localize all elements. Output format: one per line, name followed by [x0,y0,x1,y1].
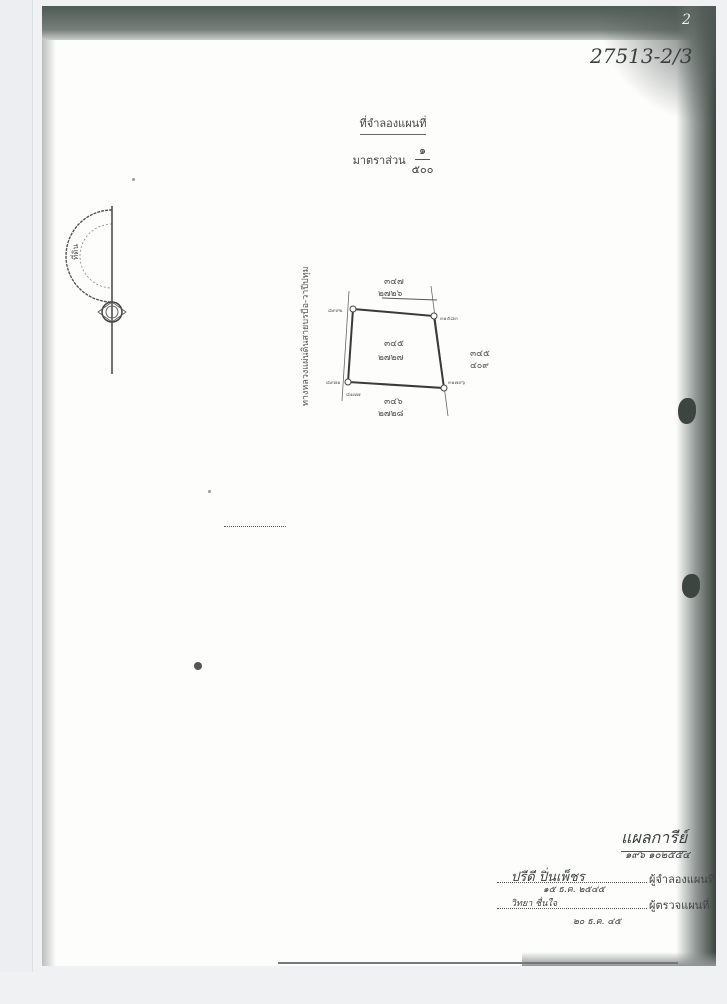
svg-text:ที่ดิน: ที่ดิน [69,244,80,260]
signature-1-date: ๑๕ ธ.ค. ๒๕๔๕ [543,882,605,896]
svg-text:๒๗๒๖: ๒๗๒๖ [378,289,403,299]
signature-2-line [497,908,647,909]
svg-text:๓๔๕: ๓๔๕ [384,339,404,349]
scale-label: มาตราส่วน [353,151,406,169]
scan-shadow-right [676,6,716,966]
signature-2-date: ๒๐ ธ.ค. ๔๕ [573,914,621,928]
svg-text:๓๔๗: ๓๔๗ [384,277,404,287]
svg-text:๓๑๕๘๓: ๓๑๕๘๓ [440,316,458,322]
scale-numerator: ๑ [415,141,430,160]
map-title: ที่จำลองแผนที่ [360,114,427,135]
svg-text:๘๙๙๒: ๘๙๙๒ [328,308,342,314]
parcel-map: ทางหลวงแผ่นดินสายบรบือ-วาปีปทุม ๓๔๗ ๒๗๒๖… [292,256,552,450]
svg-text:๓๔๕: ๓๔๕ [470,349,490,359]
binding-hole-mark [678,398,696,424]
binding-hole-mark [682,574,700,598]
svg-text:๒๗๒๗: ๒๗๒๗ [378,353,404,363]
corner-mark: 2 [682,12,691,28]
svg-text:๘๑๗๗: ๘๑๗๗ [346,392,361,398]
page-bottom-edge [278,962,678,964]
map-title-block: ที่จำลองแผนที่ มาตราส่วน ๑ ๕๐๐ [338,114,448,178]
scale-denominator: ๕๐๐ [412,160,434,178]
signature-1-role: ผู้จำลองแผนที่ [649,870,715,888]
land-office-seal-icon: ที่ดิน [56,202,136,386]
svg-text:๘๙๗๑: ๘๙๗๑ [326,380,340,386]
scan-speck [208,490,211,493]
road-label: ทางหลวงแผ่นดินสายบรบือ-วาปีปทุม [300,266,311,406]
scan-speck [132,178,135,181]
scan-speck [194,662,202,670]
signature-1-line [497,882,647,883]
svg-text:๓๔๖: ๓๔๖ [384,397,403,407]
svg-text:๒๗๒๘: ๒๗๒๘ [378,409,404,419]
svg-text:๔๐๙: ๔๐๙ [470,361,489,371]
scale-fraction: ๑ ๕๐๐ [412,141,434,178]
scan-shadow-left [42,6,56,966]
approval-note-sub: ๑๙๖ ๑๐๒๕๕๔ [625,848,690,863]
viewer-left-gutter [0,0,33,972]
reference-number: 27513-2/3 [590,44,693,68]
signature-2-role: ผู้ตรวจแผนที่ [649,896,709,914]
scanned-page: 2 27513-2/3 ที่จำลองแผนที่ มาตราส่วน ๑ ๕… [42,6,716,966]
scale-row: มาตราส่วน ๑ ๕๐๐ [338,141,448,178]
svg-text:๓๑๗๙๖: ๓๑๗๙๖ [448,380,465,386]
faint-line [224,526,286,527]
document-viewer: 2 27513-2/3 ที่จำลองแผนที่ มาตราส่วน ๑ ๕… [0,0,727,972]
